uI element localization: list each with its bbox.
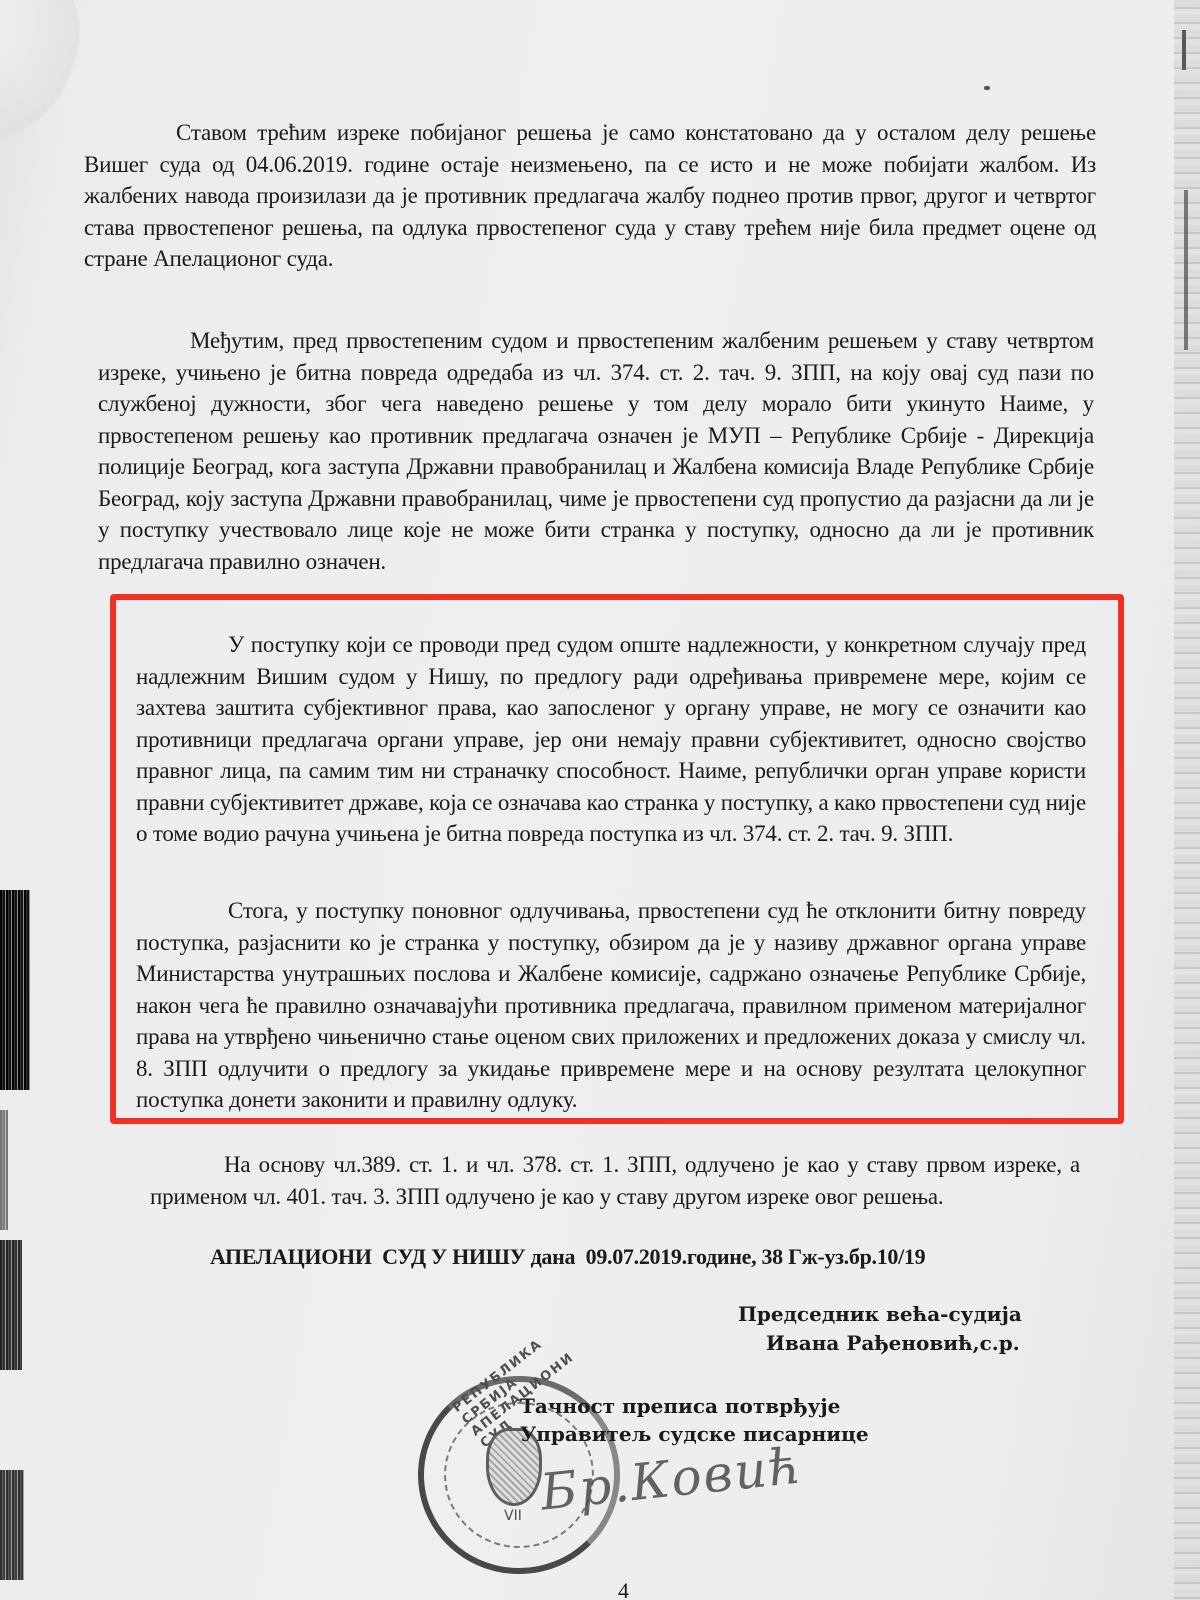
highlighted-paragraph-procedure: У поступку који се проводи пред судом оп… [136,629,1086,850]
page-edge-shadow [1174,0,1200,1600]
court-date-line: АПЕЛАЦИОНИ СУД У НИШУ дана 09.07.2019.го… [210,1244,925,1270]
highlighted-paragraph-therefore: Стога, у поступку поновног одлучивања, п… [136,895,1086,1116]
judge-name: Ивана Рађеновић,с.р. [738,1329,1022,1358]
paragraph-text: Међутим, пред првостепеним судом и првос… [98,328,1094,574]
copy-smudge [0,1110,8,1230]
paragraph-text: На основу чл.389. ст. 1. и чл. 378. ст. … [150,1152,1080,1209]
paragraph-text: Ставом трећим изреке побијаног решења је… [84,120,1096,271]
copy-smudge [0,1470,24,1580]
certification-block: Тачност преписа потврђује Управитељ судс… [520,1392,869,1448]
paper-curl [0,0,80,140]
page-number: 4 [618,1578,629,1600]
paragraph-text: У поступку који се проводи пред судом оп… [136,632,1086,846]
paragraph-text: Стога, у поступку поновног одлучивања, п… [136,898,1086,1112]
judge-title: Председник већа-судија [738,1300,1022,1329]
certification-line-2: Управитељ судске писарнице [520,1420,869,1448]
paragraph-however: Међутим, пред првостепеним судом и првос… [98,325,1094,577]
ink-speck [984,86,990,90]
judge-signature-block: Председник већа-судија Ивана Рађеновић,с… [738,1300,1022,1358]
paragraph-third-clause: Ставом трећим изреке побијаног решења је… [84,117,1096,275]
stamp-number: VII [504,1508,522,1524]
copy-smudge [0,890,30,1090]
certification-line-1: Тачност преписа потврђује [520,1392,869,1420]
paragraph-legal-basis: На основу чл.389. ст. 1. и чл. 378. ст. … [150,1149,1080,1212]
document-page: Ставом трећим изреке побијаног решења је… [0,0,1200,1600]
copy-smudge [0,1240,22,1370]
